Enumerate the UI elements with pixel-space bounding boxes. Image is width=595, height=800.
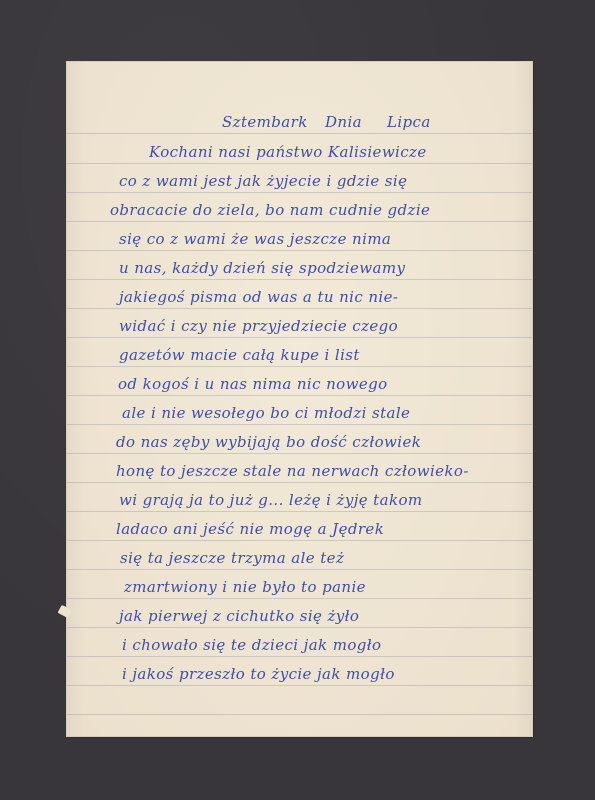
ruled-line: [67, 308, 532, 309]
ruled-line: [67, 279, 532, 280]
ruled-line: [67, 366, 532, 367]
letter-line: od kogoś i u nas nima nic nowego: [118, 377, 388, 392]
letter-line: zmartwiony i nie było to panie: [124, 580, 366, 595]
letter-line: się co z wami że was jeszcze nima: [119, 232, 391, 247]
ruled-line: [67, 540, 532, 541]
ruled-line: [67, 250, 532, 251]
letter-line: jak pierwej z cichutko się żyło: [119, 609, 359, 624]
letter-line: się ta jeszcze trzyma ale też: [120, 551, 344, 566]
header-date-label: Dnia: [325, 115, 362, 130]
ruled-line: [67, 598, 532, 599]
letter-line: wi grają ja to już g... leżę i żyję tako…: [119, 493, 423, 508]
letter-line: do nas zęby wybijają bo dość człowiek: [116, 435, 421, 450]
letter-line: gazetów macie całą kupe i list: [119, 348, 360, 363]
letter-line: ladaco ani jeść nie mogę a Jędrek: [116, 522, 384, 537]
ruled-line: [67, 627, 532, 628]
letter-line: widać i czy nie przyjedziecie czego: [119, 319, 398, 334]
letter-line: ale i nie wesołego bo ci młodzi stale: [122, 406, 410, 421]
letter-line: u nas, każdy dzień się spodziewamy: [119, 261, 405, 276]
ruled-line: [67, 133, 532, 134]
letter-line: honę to jeszcze stale na nerwach człowie…: [116, 464, 469, 479]
header-month: Lipca: [387, 115, 431, 130]
ruled-line: [67, 424, 532, 425]
ruled-line: [67, 685, 532, 686]
letter-line: i chowało się te dzieci jak mogło: [122, 638, 381, 653]
ruled-line: [67, 453, 532, 454]
letter-line: obracacie do ziela, bo nam cudnie gdzie: [110, 203, 430, 218]
letter-line: co z wami jest jak żyjecie i gdzie się: [119, 174, 407, 189]
letter-line: i jakoś przeszło to życie jak mogło: [122, 667, 395, 682]
letter-line-text: obracacie do ziela, bo nam cudnie gdzie: [110, 201, 430, 219]
ruled-line: [67, 569, 532, 570]
letter-line: jakiegoś pisma od was a tu nic nie-: [119, 290, 398, 305]
ruled-line: [67, 337, 532, 338]
ruled-line: [67, 221, 532, 222]
ruled-line: [67, 714, 532, 715]
ruled-line: [67, 395, 532, 396]
ruled-line: [67, 511, 532, 512]
ruled-line: [67, 482, 532, 483]
ruled-line: [67, 192, 532, 193]
letter-line: Kochani nasi państwo Kalisiewicze: [149, 145, 427, 160]
header-place: Sztembark: [222, 115, 308, 130]
ruled-line: [67, 163, 532, 164]
ruled-line: [67, 656, 532, 657]
letter-page: Sztembark Dnia Lipca Kochani nasi państw…: [67, 62, 532, 736]
